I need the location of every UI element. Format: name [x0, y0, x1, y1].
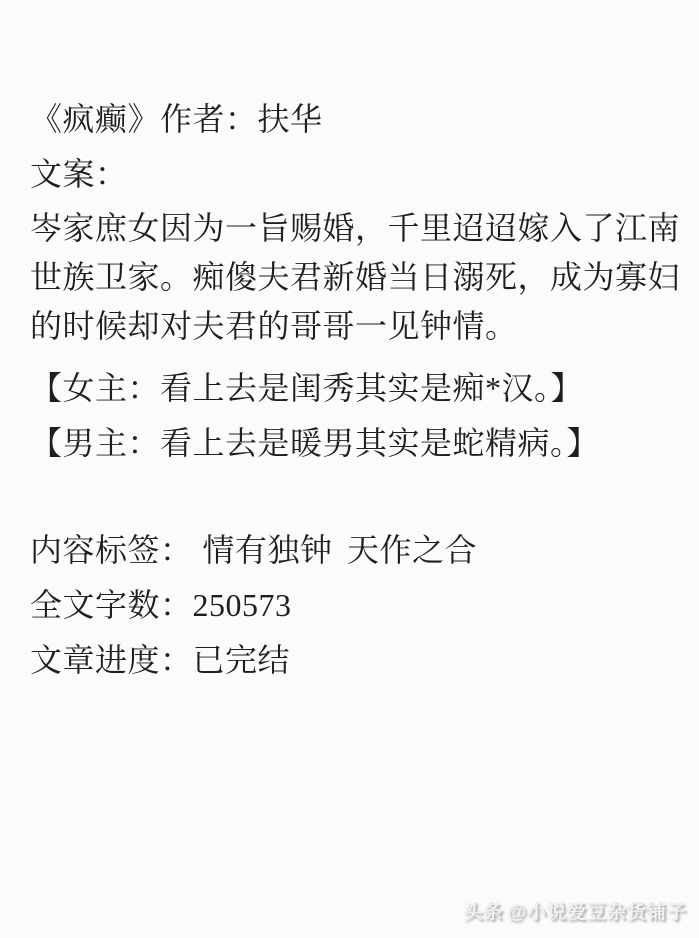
- synopsis-line-3: 的时候却对夫君的哥哥一见钟情。: [30, 302, 679, 351]
- synopsis-label: 文案：: [30, 147, 679, 202]
- progress-row: 文章进度：已完结: [30, 633, 679, 688]
- synopsis-paragraph: 岑家庶女因为一旨赐婚，千里迢迢嫁入了江南 世族卫家。痴傻夫君新婚当日溺死，成为寡…: [30, 204, 679, 351]
- book-title: 《疯癫》: [30, 101, 160, 137]
- hero-line: 【男主：看上去是暖男其实是蛇精病。】: [30, 416, 679, 471]
- wordcount-row: 全文字数：250573: [30, 578, 679, 633]
- lead-descriptions: 【女主：看上去是闺秀其实是痴*汉。】 【男主：看上去是暖男其实是蛇精病。】: [30, 361, 679, 471]
- tags-value: 情有独钟 天作之合: [203, 532, 478, 568]
- novel-meta: 内容标签：情有独钟 天作之合 全文字数：250573 文章进度：已完结: [30, 523, 679, 688]
- progress-label: 文章进度：: [30, 642, 193, 678]
- synopsis-line-1: 岑家庶女因为一旨赐婚，千里迢迢嫁入了江南: [30, 204, 679, 253]
- novel-info-content: 《疯癫》作者：扶华 文案： 岑家庶女因为一旨赐婚，千里迢迢嫁入了江南 世族卫家。…: [0, 0, 699, 688]
- wordcount-value: 250573: [193, 587, 292, 623]
- novel-info-page: 《疯癫》作者：扶华 文案： 岑家庶女因为一旨赐婚，千里迢迢嫁入了江南 世族卫家。…: [0, 0, 699, 938]
- wordcount-label: 全文字数：: [30, 587, 193, 623]
- title-line: 《疯癫》作者：扶华: [30, 92, 679, 147]
- author-name: 扶华: [258, 101, 323, 137]
- watermark: 头条@小说爱豆杂货铺子: [463, 897, 687, 924]
- author-label: 作者：: [160, 101, 258, 137]
- watermark-handle: @小说爱豆杂货铺子: [507, 902, 687, 923]
- tags-row: 内容标签：情有独钟 天作之合: [30, 523, 679, 578]
- watermark-platform: 头条: [463, 902, 503, 923]
- tags-label: 内容标签：: [30, 532, 193, 568]
- heroine-line: 【女主：看上去是闺秀其实是痴*汉。】: [30, 361, 679, 416]
- synopsis-line-2: 世族卫家。痴傻夫君新婚当日溺死，成为寡妇: [30, 253, 679, 302]
- progress-value: 已完结: [193, 642, 291, 678]
